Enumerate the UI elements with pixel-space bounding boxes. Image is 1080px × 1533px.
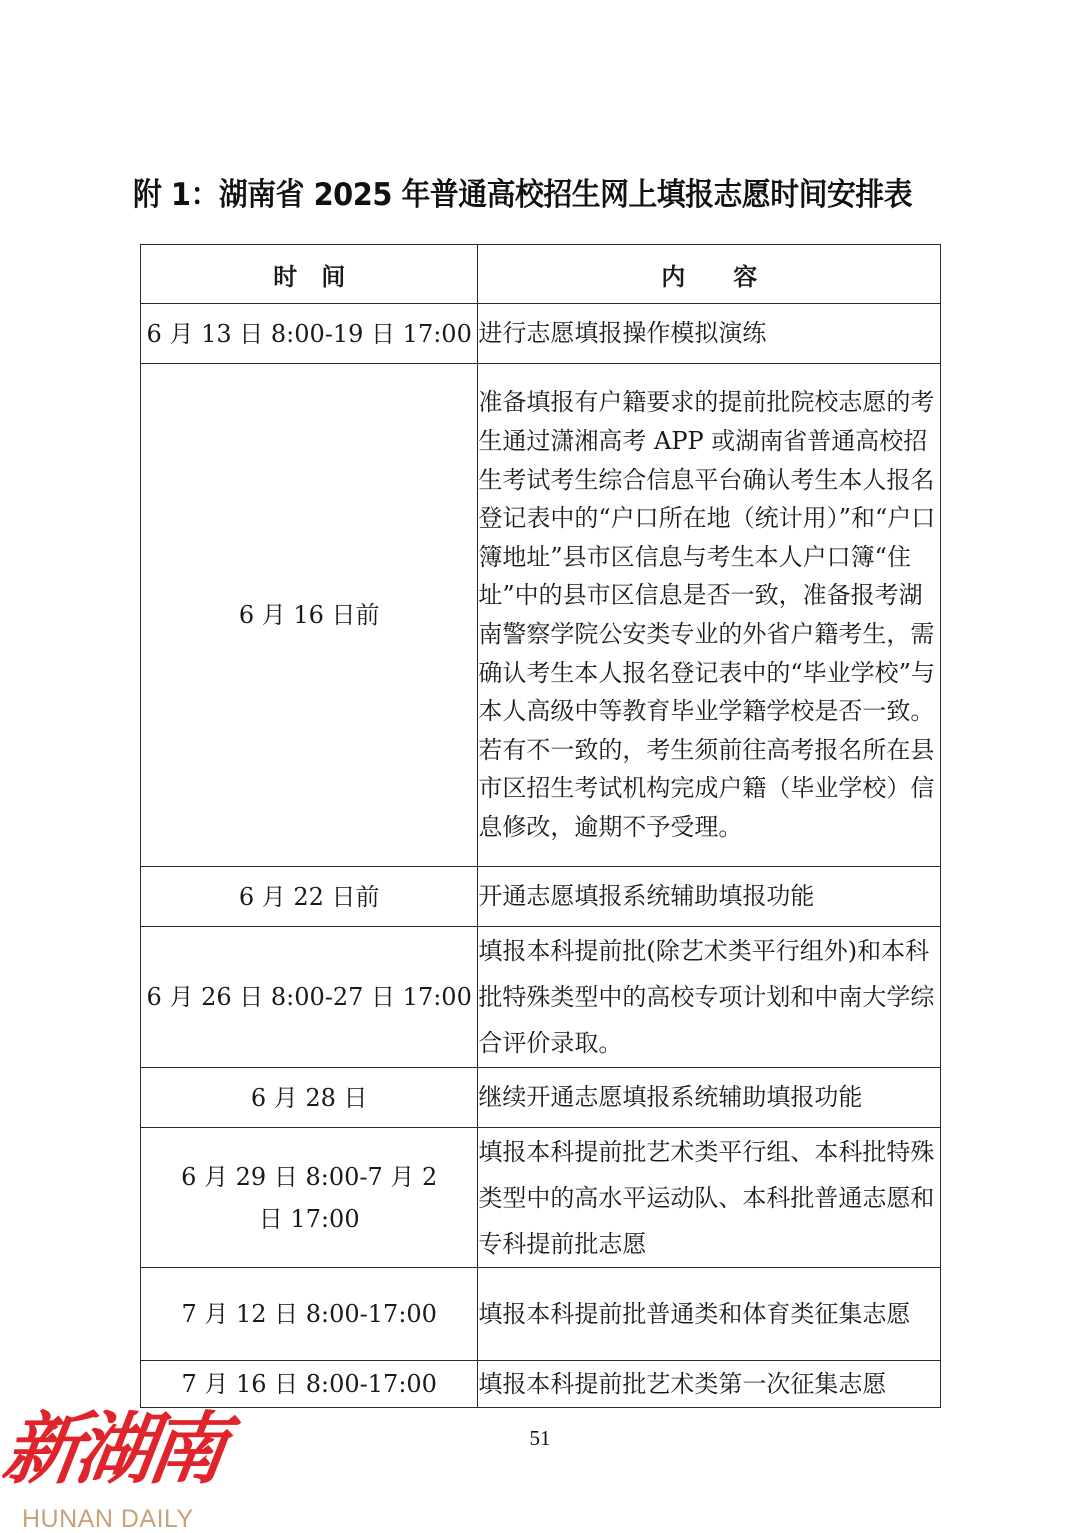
page-number: 51	[520, 1426, 560, 1451]
content-cell: 开通志愿填报系统辅助填报功能	[478, 867, 941, 927]
time-cell: 6 月 29 日 8:00-7 月 2 日 17:00	[141, 1128, 478, 1268]
logo-chinese-text: 新湖南	[0, 1405, 226, 1495]
table-row: 6 月 29 日 8:00-7 月 2 日 17:00 填报本科提前批艺术类平行…	[141, 1128, 941, 1268]
header-content: 内 容	[478, 245, 941, 304]
time-cell: 6 月 26 日 8:00-27 日 17:00	[141, 927, 478, 1068]
table-row: 7 月 12 日 8:00-17:00 填报本科提前批普通类和体育类征集志愿	[141, 1268, 941, 1361]
time-cell: 7 月 12 日 8:00-17:00	[141, 1268, 478, 1361]
table-row: 7 月 16 日 8:00-17:00 填报本科提前批艺术类第一次征集志愿	[141, 1361, 941, 1408]
table-row: 6 月 16 日前 准备填报有户籍要求的提前批院校志愿的考生通过潇湘高考 APP…	[141, 364, 941, 867]
content-cell: 填报本科提前批普通类和体育类征集志愿	[478, 1268, 941, 1361]
logo-english-text: HUNAN DAILY	[22, 1505, 194, 1533]
content-cell: 填报本科提前批艺术类第一次征集志愿	[478, 1361, 941, 1408]
content-cell: 进行志愿填报操作模拟演练	[478, 304, 941, 364]
time-cell: 6 月 13 日 8:00-19 日 17:00	[141, 304, 478, 364]
table-header-row: 时 间 内 容	[141, 245, 941, 304]
hunan-daily-logo: 新湖南 HUNAN DAILY	[0, 1405, 230, 1533]
schedule-table: 时 间 内 容 6 月 13 日 8:00-19 日 17:00 进行志愿填报操…	[140, 244, 941, 1408]
table-row: 6 月 26 日 8:00-27 日 17:00 填报本科提前批(除艺术类平行组…	[141, 927, 941, 1068]
content-cell: 继续开通志愿填报系统辅助填报功能	[478, 1068, 941, 1128]
time-cell: 6 月 28 日	[141, 1068, 478, 1128]
table-row: 6 月 13 日 8:00-19 日 17:00 进行志愿填报操作模拟演练	[141, 304, 941, 364]
table-row: 6 月 22 日前 开通志愿填报系统辅助填报功能	[141, 867, 941, 927]
time-cell: 6 月 22 日前	[141, 867, 478, 927]
time-cell: 7 月 16 日 8:00-17:00	[141, 1361, 478, 1408]
content-cell: 准备填报有户籍要求的提前批院校志愿的考生通过潇湘高考 APP 或湖南省普通高校招…	[478, 364, 941, 867]
content-cell: 填报本科提前批艺术类平行组、本科批特殊类型中的高水平运动队、本科批普通志愿和专科…	[478, 1128, 941, 1268]
header-time: 时 间	[141, 245, 478, 304]
content-cell: 填报本科提前批(除艺术类平行组外)和本科批特殊类型中的高校专项计划和中南大学综合…	[478, 927, 941, 1068]
time-cell: 6 月 16 日前	[141, 364, 478, 867]
table-row: 6 月 28 日 继续开通志愿填报系统辅助填报功能	[141, 1068, 941, 1128]
page-title: 附 1：湖南省 2025 年普通高校招生网上填报志愿时间安排表	[133, 170, 896, 220]
